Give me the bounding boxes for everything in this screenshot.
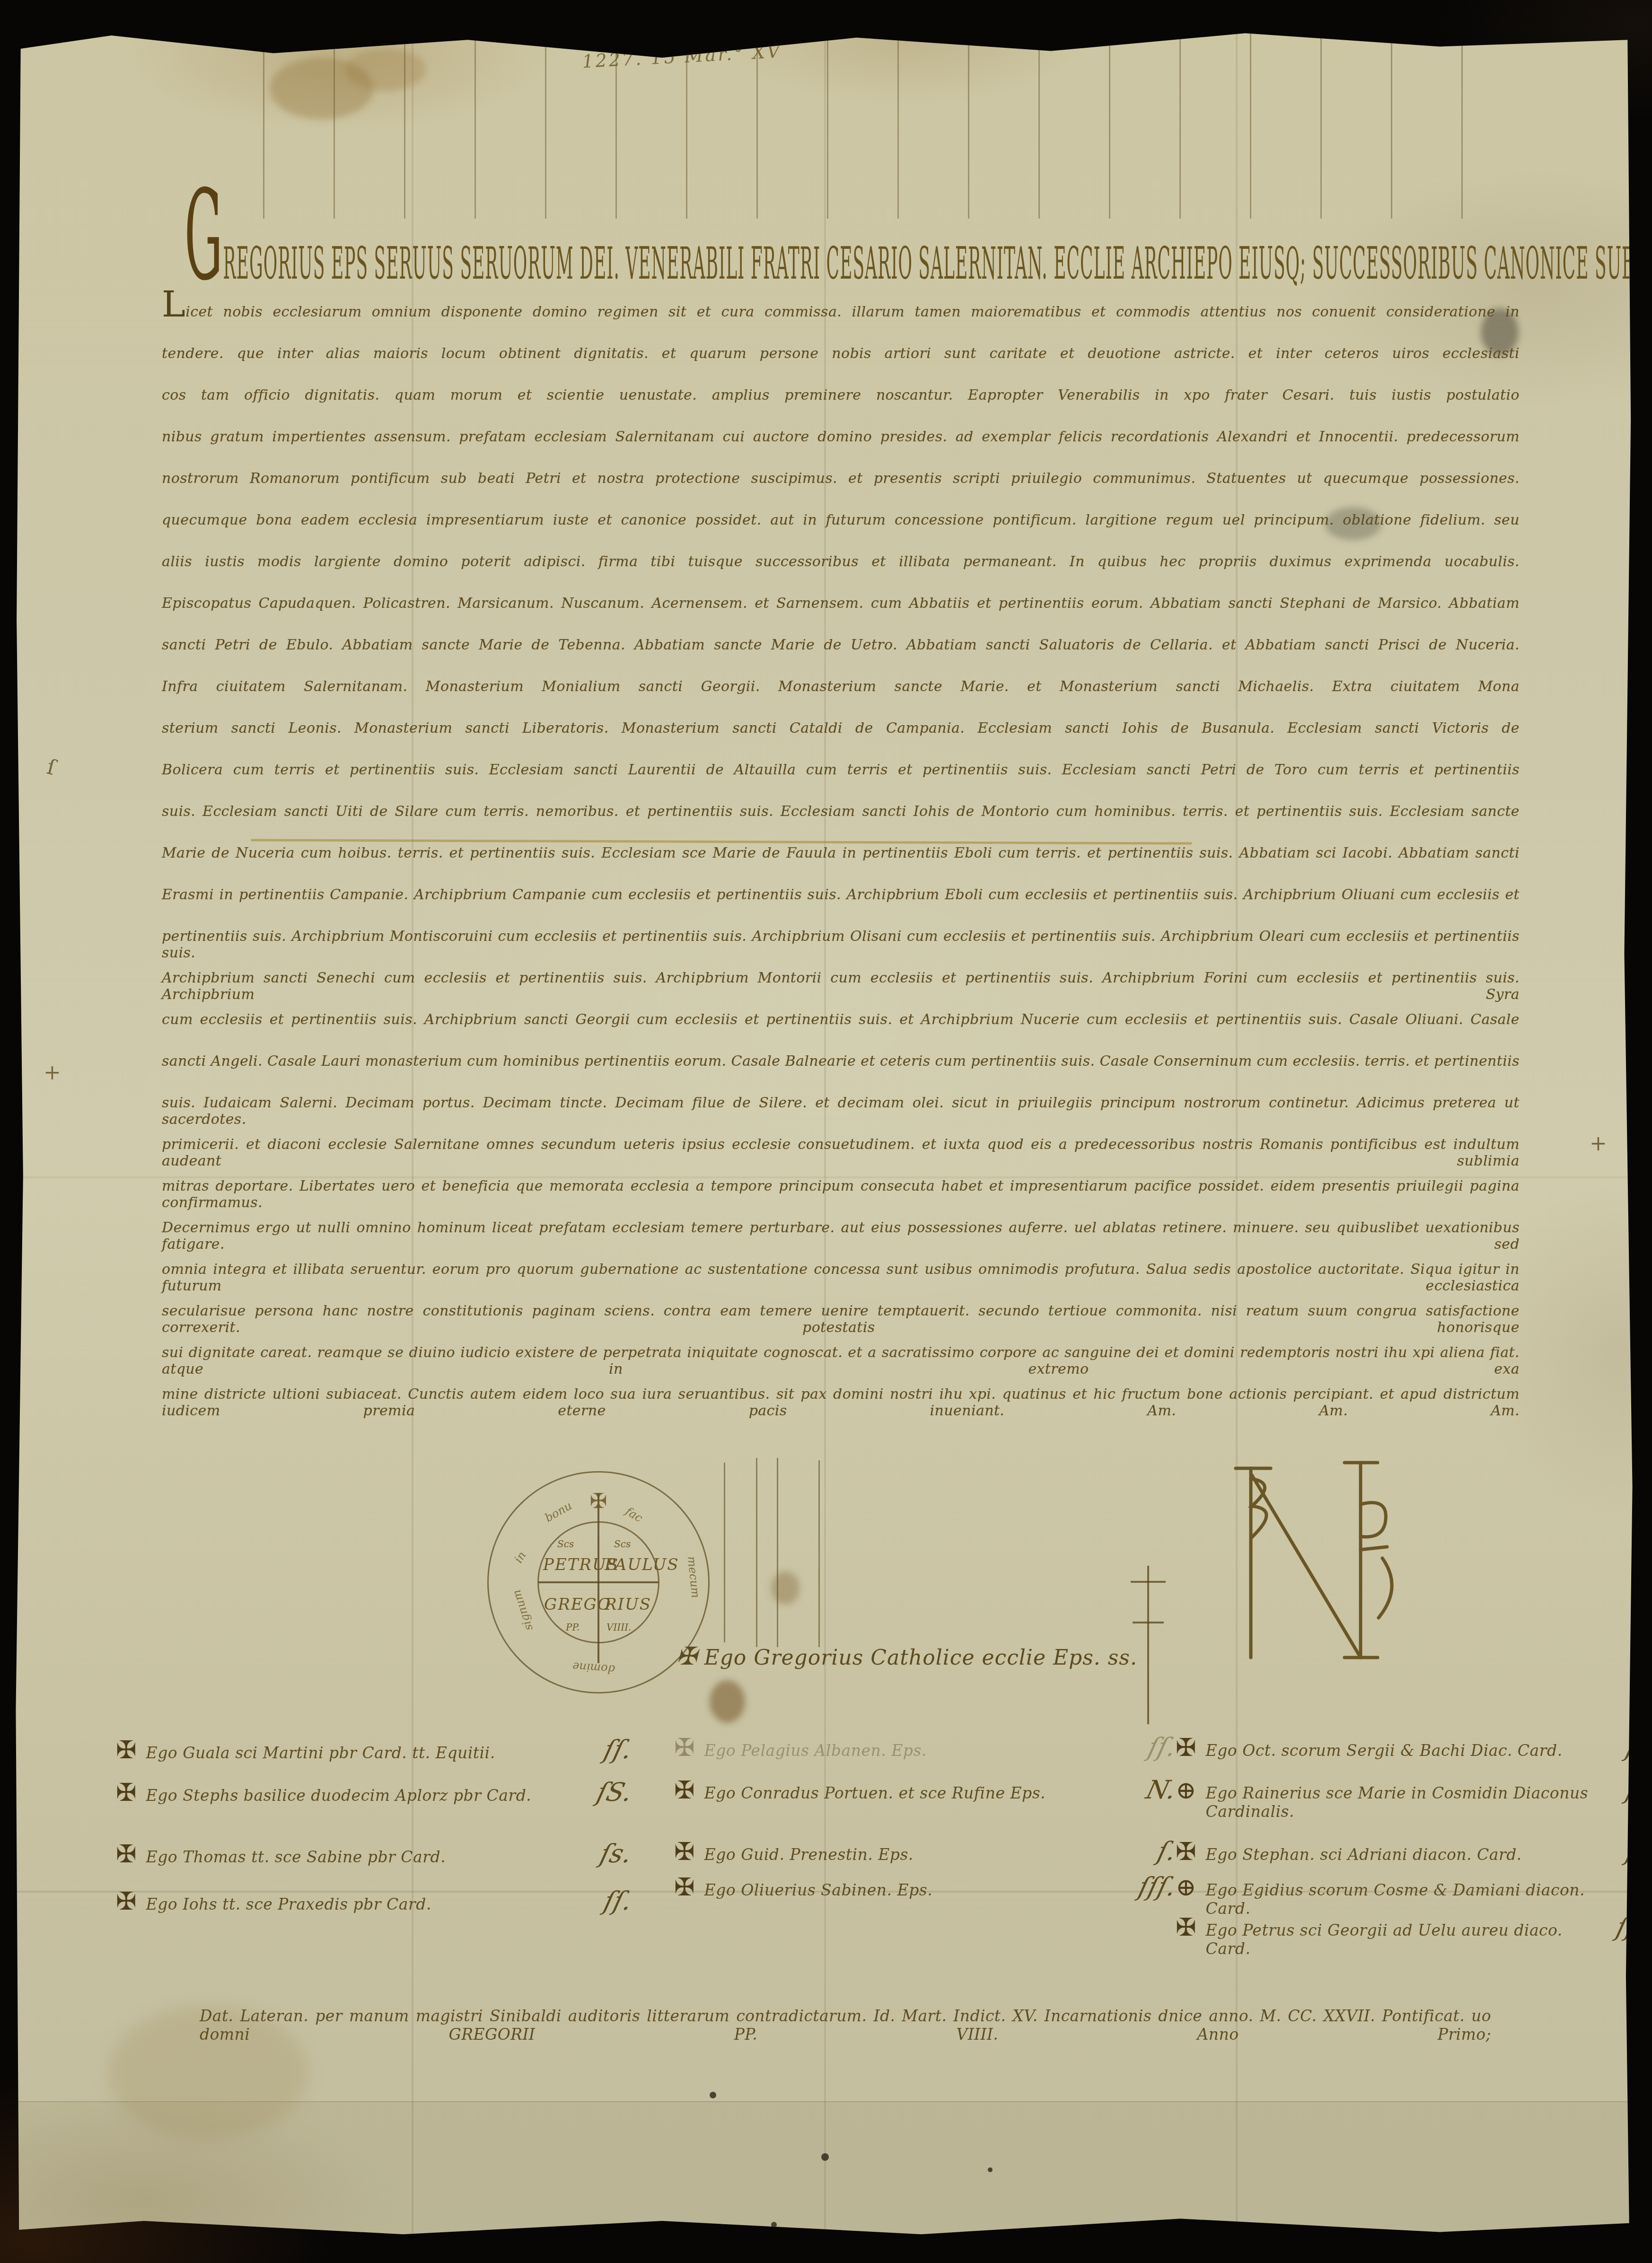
charter-body-line: mitras deportare. Libertates uero et ben… [162, 1178, 1520, 1219]
signature-cross-icon: ✠ [116, 1889, 137, 1914]
charter-body-line: Episcopatus Capudaquen. Policastren. Mar… [162, 595, 1520, 637]
signature-cross-icon: ✠ [674, 1778, 695, 1803]
charter-body-line: cos tam officio dignitatis. quam morum e… [162, 387, 1520, 429]
rota-viiii: VIIII. [606, 1622, 631, 1633]
charter-body-line: secularisue persona hanc nostre constitu… [162, 1303, 1520, 1344]
cardinal-signature-row: ✠Ego Petrus sci Georgii ad Uelu aureu di… [1176, 1912, 1652, 1958]
signature-cross-icon: ✠ [674, 1840, 695, 1864]
charter-body-line: mine districte ultioni subiaceat. Cuncti… [162, 1386, 1520, 1428]
signature-paraph-flourish: ſſſ. [1135, 1872, 1179, 1902]
signature-text: Ego Rainerius sce Marie in Cosmidin Diac… [1206, 1784, 1617, 1821]
cardinal-signature-row: ✠Ego Thomas tt. sce Sabine pbr Card.ſs. [116, 1839, 632, 1868]
signature-text: Ego Petrus sci Georgii ad Uelu aureu dia… [1206, 1921, 1608, 1958]
signature-cross-icon: ⊕ [1176, 1875, 1196, 1900]
charter-body-text: Licet nobis ecclesiarum omnium disponent… [162, 304, 1520, 1428]
signature-paraph-flourish: ſſ. [601, 1735, 635, 1764]
charter-body-line: tendere. que inter alias maioris locum o… [162, 345, 1520, 387]
signature-paraph-flourish: N. [1143, 1775, 1179, 1805]
signature-paraph-flourish: ſs. [597, 1839, 635, 1868]
charter-body-line: sui dignitate careat. reamque se diuino … [162, 1344, 1520, 1386]
signature-text: Ego Guid. Prenestin. Eps. [704, 1845, 1149, 1864]
rota-cross-horizontal [538, 1581, 659, 1583]
signature-text: Ego Oliuerius Sabinen. Eps. [704, 1881, 1130, 1899]
cross-staff-bar [1131, 1581, 1166, 1583]
signature-cross-icon: ✠ [116, 1738, 137, 1763]
charter-body-line: nibus gratum impertientes assensum. pref… [162, 429, 1520, 470]
elongated-stroke [724, 1463, 725, 1642]
bene-valete-monogram [1216, 1448, 1405, 1675]
cardinal-signature-row: ✠Ego Stephs basilice duodecim Aplorz pbr… [116, 1777, 632, 1807]
signature-text: Ego Stephs basilice duodecim Aplorz pbr … [146, 1786, 588, 1805]
margin-cross-mark: + [44, 1061, 61, 1085]
charter-body-line: sancti Petri de Ebulo. Abbatiam sancte M… [162, 637, 1520, 678]
charter-body-line: pertinentiis suis. Archipbrium Montiscor… [162, 928, 1520, 970]
rota-cross-vertical [598, 1493, 599, 1663]
manuscript-photograph: 1227. 15 Mar.° XV GREGORIUS EPS SERUUS S… [0, 0, 1652, 2263]
rota-top-cross-icon: ✠ [590, 1489, 607, 1513]
charter-body-line: suis. Iudaicam Salerni. Decimam portus. … [162, 1095, 1520, 1136]
rota-scs-right: Scs [614, 1538, 631, 1550]
signature-paraph-flourish: ſſ. [1623, 1775, 1652, 1805]
protocol-line: GREGORIUS EPS SERUUS SERUORUM DEI. VENER… [185, 167, 1490, 294]
elongated-stroke [756, 1458, 757, 1647]
signature-text: Ego Stephan. sci Adriani diacon. Card. [1206, 1845, 1617, 1864]
charter-body-line: Decernimus ergo ut nulli omnino hominum … [162, 1219, 1520, 1261]
margin-siglum: ſ [44, 755, 58, 780]
parchment-hole [988, 2167, 993, 2172]
protocol-line-text: GREGORIUS EPS SERUUS SERUORUM DEI. VENER… [185, 236, 1490, 289]
cardinal-signature-row: ✠Ego Iohs tt. sce Praxedis pbr Card.ſſ. [116, 1886, 632, 1916]
signature-cross-icon: ✠ [1176, 1915, 1196, 1940]
cardinal-signature-row: ✠Ego Oct. scorum Sergii & Bachi Diac. Ca… [1176, 1732, 1652, 1762]
cardinal-signature-row: ✠Ego Guid. Prenestin. Eps.ſ. [674, 1836, 1176, 1866]
signature-cross-icon: ✠ [116, 1781, 137, 1805]
charter-body-line: Marie de Nuceria cum hoibus. terris. et … [162, 845, 1520, 886]
parchment-hole [710, 2092, 716, 2098]
charter-body-line: suis. Ecclesiam sancti Uiti de Silare cu… [162, 803, 1520, 845]
cardinal-signature-row: ✠Ego Oliuerius Sabinen. Eps.ſſſ. [674, 1872, 1176, 1902]
signature-cross-icon: ✠ [1176, 1840, 1196, 1864]
decorated-initial-g: G [185, 163, 223, 308]
cardinal-signature-row: ✠Ego Pelagius Albanen. Eps.ſſ. [674, 1732, 1176, 1762]
charter-body-line: Licet nobis ecclesiarum omnium disponent… [162, 304, 1520, 345]
rota-quadrant-rius: RIUS [605, 1595, 651, 1614]
rota-quadrant-grego: GREGO [544, 1595, 612, 1614]
cardinal-signature-row: ⊕Ego Egidius scorum Cosme & Damiani diac… [1176, 1872, 1652, 1918]
signature-paraph-flourish: ſſ. [1145, 1732, 1179, 1762]
cardinal-signature-row: ⊕Ego Rainerius sce Marie in Cosmidin Dia… [1176, 1775, 1652, 1821]
cross-staff-bar [1133, 1622, 1164, 1623]
signature-cross-icon: ✠ [116, 1842, 137, 1867]
elongated-stroke [818, 1460, 820, 1647]
dating-clause-line: Dat. Lateran. per manum magistri Sinibal… [200, 2007, 1491, 2044]
parchment-hole [771, 2222, 777, 2228]
charter-body-line: cum ecclesiis et pertinentiis suis. Arch… [162, 1011, 1520, 1053]
signature-cross-icon: ✠ [674, 1736, 695, 1760]
charter-body-line: primicerii. et diaconi ecclesie Salernit… [162, 1136, 1520, 1178]
subscription-text: Ego Gregorius Catholice ecclie Eps. ss. [704, 1646, 1137, 1670]
signature-paraph-flourish: ſſ. [1623, 1836, 1652, 1866]
stain [710, 1680, 745, 1723]
rota-scs-left: Scs [557, 1538, 574, 1550]
charter-body-line: Erasmi in pertinentiis Campanie. Archipb… [162, 886, 1520, 928]
signature-text: Ego Pelagius Albanen. Eps. [704, 1741, 1139, 1760]
rota-quadrant-paulus: PAULUS [605, 1555, 679, 1574]
signature-text: Ego Iohs tt. sce Praxedis pbr Card. [146, 1895, 595, 1913]
signature-text: Ego Guala sci Martini pbr Card. tt. Equi… [146, 1744, 595, 1762]
signature-paraph-flourish: ſS. [594, 1777, 635, 1807]
charter-body-line: Archipbrium sancti Senechi cum ecclesiis… [162, 970, 1520, 1011]
parchment-hole [821, 2153, 829, 2161]
signature-text: Ego Thomas tt. sce Sabine pbr Card. [146, 1848, 592, 1866]
charter-body-line: sterium sancti Leonis. Monasterium sanct… [162, 720, 1520, 762]
signature-paraph-flourish: ſſ. [601, 1886, 635, 1916]
papal-subscription-line: ✠Ego Gregorius Catholice ecclie Eps. ss. [677, 1642, 1150, 1671]
signature-paraph-flourish: ſſ. [1623, 1732, 1652, 1762]
charter-body-line: aliis iustis modis largiente domino pote… [162, 553, 1520, 595]
charter-body-line: Bolicera cum terris et pertinentiis suis… [162, 762, 1520, 803]
margin-cross-mark: + [1590, 1131, 1607, 1156]
elongated-stroke [777, 1458, 778, 1647]
rota-pp: PP. [566, 1622, 580, 1633]
charter-body-line: sancti Angeli. Casale Lauri monasterium … [162, 1053, 1520, 1095]
charter-body-line: omnia integra et illibata seruentur. eor… [162, 1261, 1520, 1303]
subscription-cross-icon: ✠ [677, 1642, 698, 1671]
signature-cross-icon: ⊕ [1176, 1778, 1196, 1803]
signature-paraph-flourish: ſ. [1632, 1872, 1652, 1902]
charter-body-line: Infra ciuitatem Salernitanam. Monasteriu… [162, 678, 1520, 720]
decorated-initial: L [162, 283, 185, 325]
charter-body-line: quecumque bona eadem ecclesia impresenti… [162, 512, 1520, 553]
signature-text: Ego Oct. scorum Sergii & Bachi Diac. Car… [1206, 1741, 1617, 1760]
charter-body-line: nostrorum Romanorum pontificum sub beati… [162, 470, 1520, 512]
signature-paraph-flourish: ſſſ. [1613, 1912, 1652, 1942]
cardinal-signature-row: ✠Ego Stephan. sci Adriani diacon. Card.ſ… [1176, 1836, 1652, 1866]
cardinal-signature-row: ✠Ego Guala sci Martini pbr Card. tt. Equ… [116, 1735, 632, 1764]
signature-cross-icon: ✠ [1176, 1736, 1196, 1760]
signature-text: Ego Conradus Portuen. et sce Rufine Eps. [704, 1784, 1137, 1802]
stain [771, 1571, 800, 1605]
parchment-sheet: 1227. 15 Mar.° XV GREGORIUS EPS SERUUS S… [14, 20, 1634, 2243]
cardinal-signature-row: ✠Ego Conradus Portuen. et sce Rufine Eps… [674, 1775, 1176, 1805]
signature-cross-icon: ✠ [674, 1875, 695, 1900]
